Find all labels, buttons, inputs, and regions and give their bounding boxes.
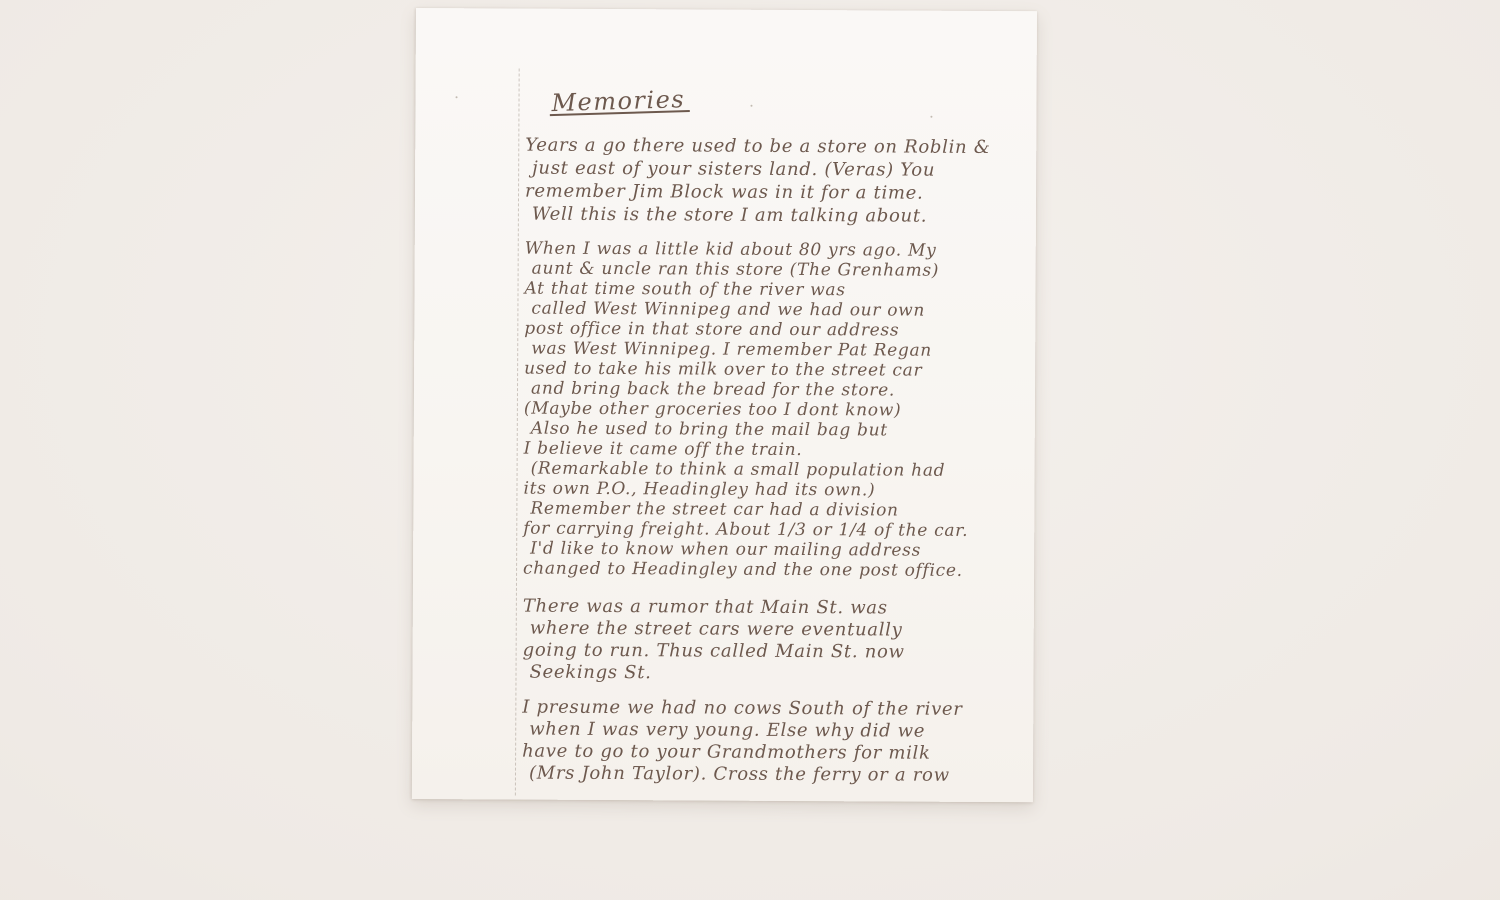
handwritten-line: its own P.O., Headingley had its own.) [523, 479, 1028, 502]
paragraph-3: There was a rumor that Main St. was wher… [522, 596, 1027, 687]
handwritten-line: (Maybe other groceries too I dont know) [524, 399, 1029, 422]
handwritten-line: Years a go there used to be a store on R… [525, 134, 1030, 160]
handwritten-letter-page: Memories Years a go there used to be a s… [412, 8, 1037, 802]
handwritten-line: Well this is the store I am talking abou… [525, 203, 1030, 229]
handwritten-line: When I was a little kid about 80 yrs ago… [525, 239, 1030, 262]
handwritten-line: There was a rumor that Main St. was [523, 596, 1028, 621]
handwritten-line: have to go to your Grandmothers for milk [522, 741, 1027, 766]
margin-rule-line [515, 69, 520, 796]
handwritten-line: where the street cars were eventually [523, 618, 1028, 643]
paragraph-2: When I was a little kid about 80 yrs ago… [523, 239, 1030, 582]
photo-background: Memories Years a go there used to be a s… [0, 0, 1500, 900]
handwritten-line: (Mrs John Taylor). Cross the ferry or a … [522, 763, 1027, 788]
handwritten-line: for carrying freight. About 1/3 or 1/4 o… [523, 519, 1028, 542]
paragraph-1: Years a go there used to be a store on R… [525, 134, 1030, 229]
handwritten-line: and bring back the bread for the store. [524, 379, 1029, 402]
handwritten-line: Also he used to bring the mail bag but [524, 419, 1029, 442]
handwritten-line: just east of your sisters land. (Veras) … [525, 157, 1030, 183]
handwritten-line: Remember the street car had a division [523, 499, 1028, 522]
page-title: Memories [549, 91, 1030, 117]
paper-speck [456, 96, 458, 98]
handwritten-line: used to take his milk over to the street… [524, 359, 1029, 382]
letter-content: Memories Years a go there used to be a s… [522, 91, 1031, 801]
paragraph-4: I presume we had no cows South of the ri… [522, 697, 1027, 788]
handwritten-line: I believe it came off the train. [524, 439, 1029, 462]
handwritten-line: I'd like to know when our mailing addres… [523, 539, 1028, 562]
handwritten-line: was West Winnipeg. I remember Pat Regan [524, 339, 1029, 362]
page-title-text: Memories [549, 89, 689, 116]
handwritten-line: I presume we had no cows South of the ri… [522, 697, 1027, 722]
handwritten-line: remember Jim Block was in it for a time. [525, 180, 1030, 206]
handwritten-line: post office in that store and our addres… [524, 319, 1029, 342]
handwritten-line: Seekings St. [522, 662, 1027, 687]
handwritten-line: called West Winnipeg and we had our own [524, 299, 1029, 322]
handwritten-line: (Remarkable to think a small population … [524, 459, 1029, 482]
handwritten-line: At that time south of the river was [524, 279, 1029, 302]
handwritten-line: aunt & uncle ran this store (The Grenham… [525, 259, 1030, 282]
handwritten-line: going to run. Thus called Main St. now [523, 640, 1028, 665]
handwritten-line: changed to Headingley and the one post o… [523, 559, 1028, 582]
handwritten-line: when I was very young. Else why did we [522, 719, 1027, 744]
